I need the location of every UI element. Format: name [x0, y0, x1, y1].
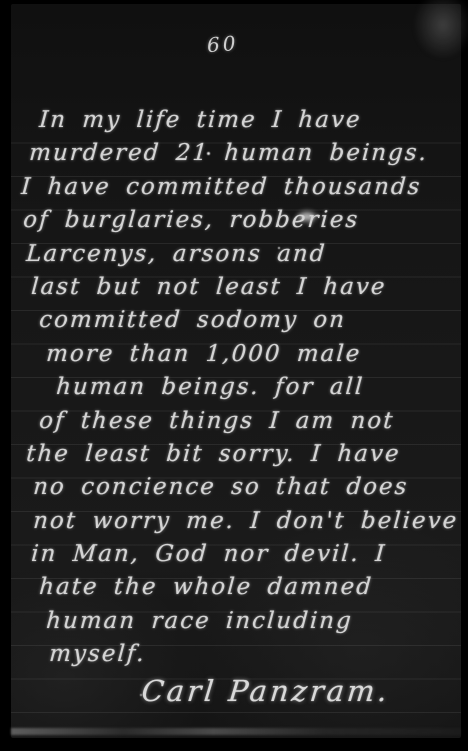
handwritten-line: more than 1,000 male — [45, 338, 463, 371]
handwritten-line: of these things I am not — [38, 405, 463, 438]
photo-light-blob — [413, 0, 468, 60]
letter-photograph: 60 In my life time I have murdered 21 hu… — [0, 0, 468, 751]
page-number: 60 — [206, 31, 239, 57]
handwritten-line: murdered 21 human beings. — [28, 137, 463, 170]
handwritten-line: the least bit sorry. I have — [25, 438, 463, 471]
signature: Carl Panzram. — [140, 674, 465, 708]
handwritten-line: Larcenys, arsons and — [25, 238, 463, 271]
handwritten-line: In my life time I have — [38, 104, 463, 137]
handwritten-line: last but not least I have — [30, 271, 463, 304]
handwritten-line: committed sodomy on — [38, 304, 463, 337]
handwritten-line: hate the whole damned — [38, 571, 463, 604]
handwritten-line: not worry me. I don't believe — [32, 505, 463, 538]
handwritten-line: human race including — [45, 605, 463, 638]
handwritten-line: in Man, God nor devil. I — [30, 538, 463, 571]
letter-body: In my life time I have murdered 21 human… — [11, 104, 461, 708]
handwritten-line: of burglaries, robberies — [22, 204, 463, 237]
paper-page: 60 In my life time I have murdered 21 hu… — [11, 4, 461, 738]
handwritten-line: myself. — [48, 638, 463, 671]
handwritten-line: human beings. for all — [55, 371, 463, 404]
paper-edge-highlight — [11, 728, 461, 735]
handwritten-line: I have committed thousands — [20, 171, 463, 204]
handwritten-line: no concience so that does — [32, 471, 463, 504]
